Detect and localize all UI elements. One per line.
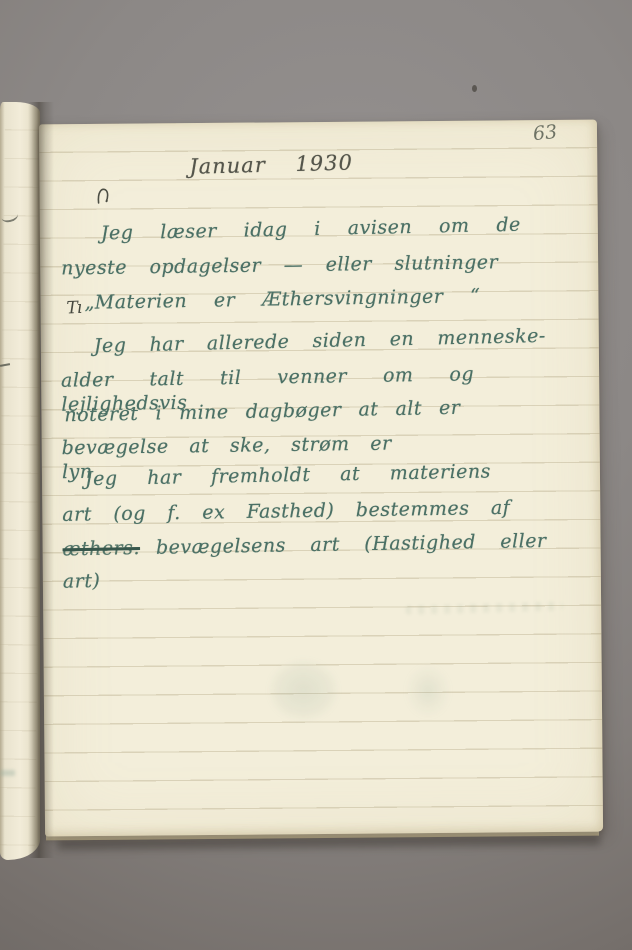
notebook-photo: 63 Januar 1930 Tı Jeg læser idag i avise… [0,0,632,950]
handwritten-line: art) [63,569,124,594]
ink-showthrough-smudge [255,648,351,733]
gutter-shadow [28,102,54,858]
notebook-page: 63 Januar 1930 Tı Jeg læser idag i avise… [39,120,603,837]
crossed-out-word: æthers. [62,537,140,562]
ink-showthrough-smudge [396,653,461,730]
ink-hook-mark [95,186,111,206]
ink-smudge [0,770,15,776]
dust-speck [472,85,477,92]
margin-mark: Tı [66,300,82,318]
page-number: 63 [532,121,558,146]
entry-heading: Januar 1930 [189,150,380,180]
